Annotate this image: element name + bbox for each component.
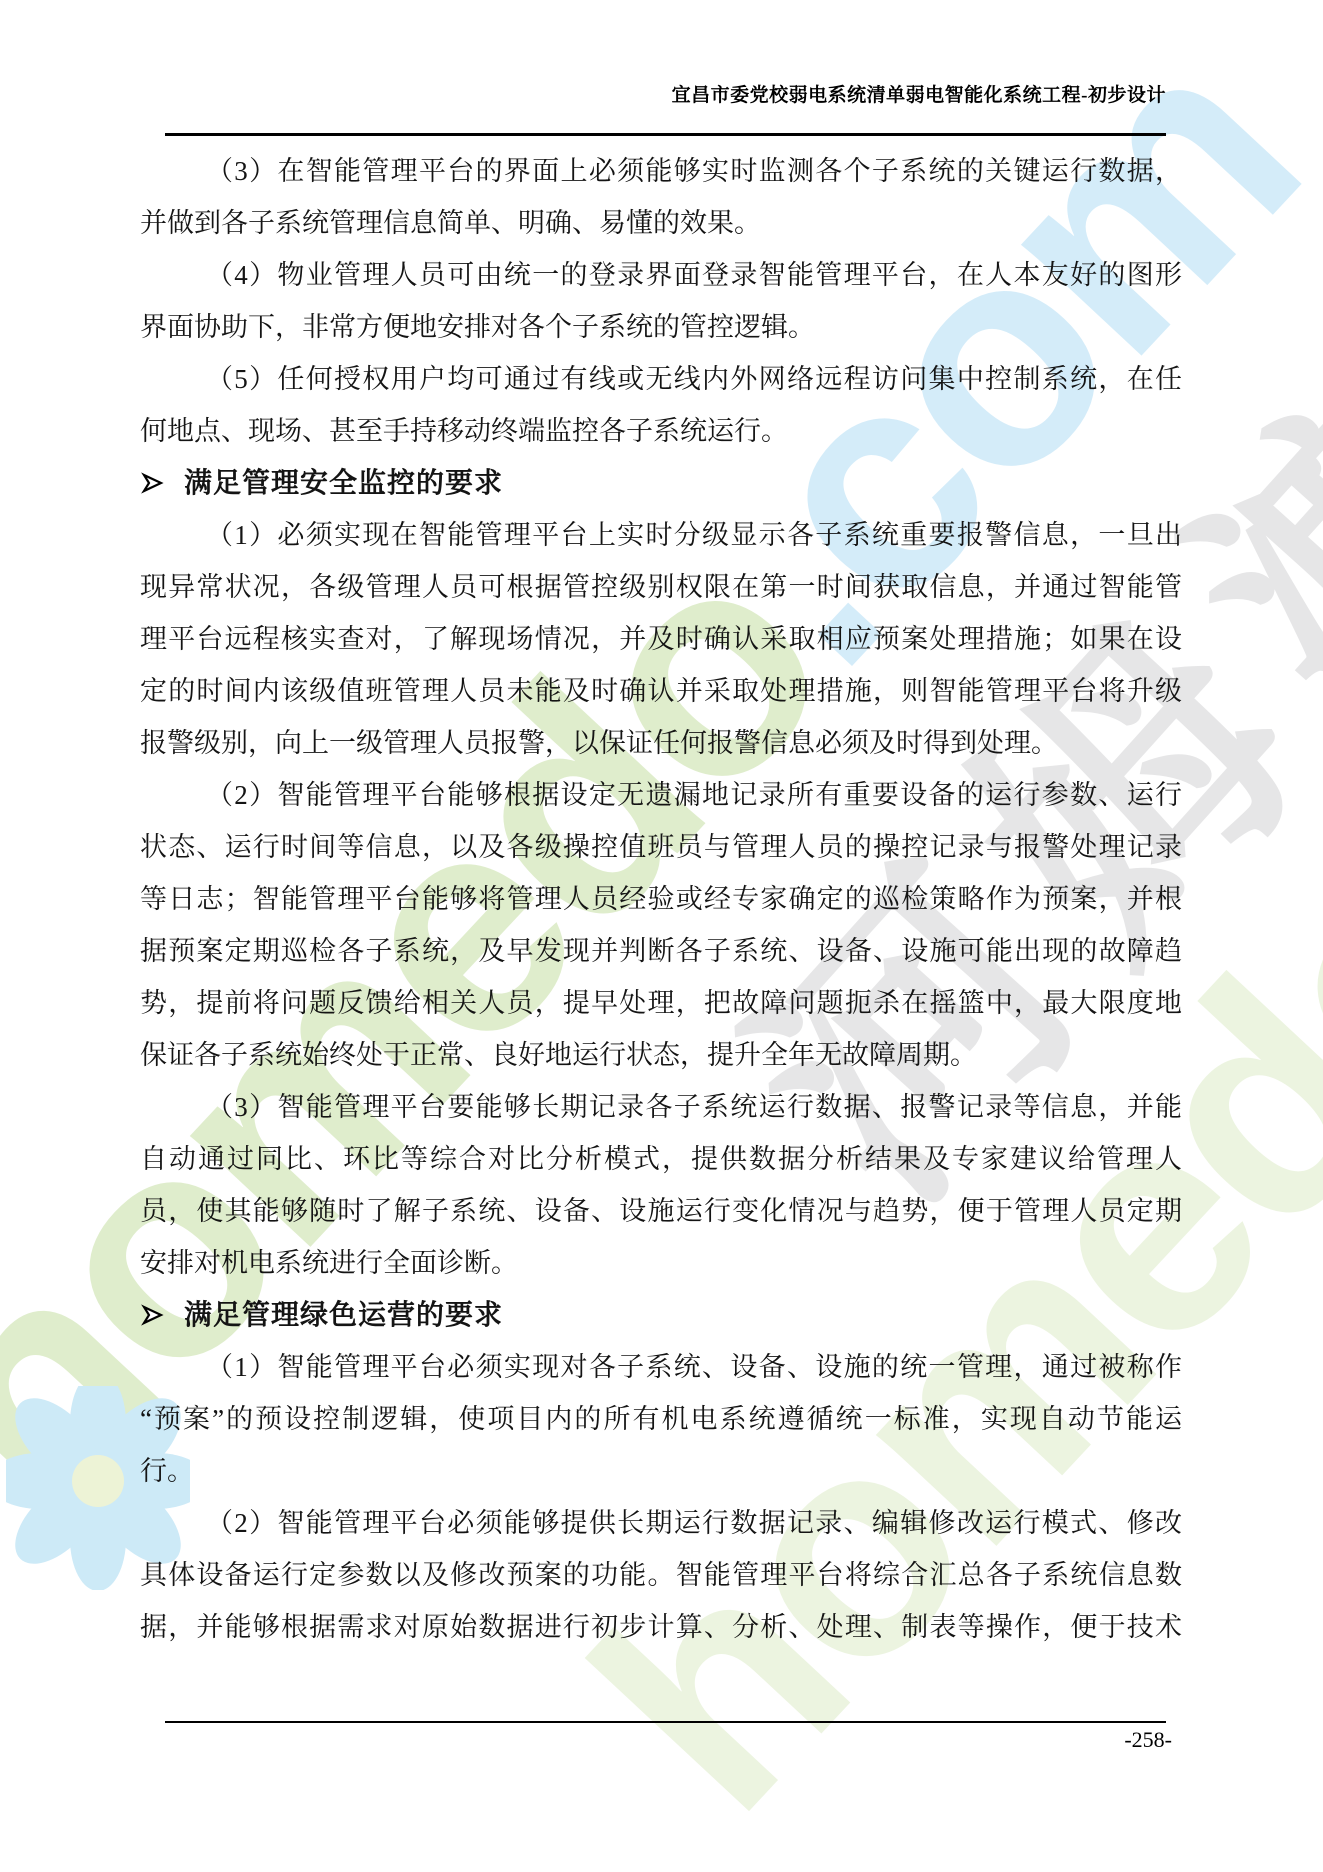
body-line: 安排对机电系统进行全面诊断。 — [140, 1237, 1182, 1289]
body-line: 何地点、现场、甚至手持移动终端监控各子系统运行。 — [140, 405, 1182, 457]
body-line: （3）智能管理平台要能够长期记录各子系统运行数据、报警记录等信息，并能 — [140, 1081, 1182, 1133]
body-line: 员，使其能够随时了解子系统、设备、设施运行变化情况与趋势，便于管理人员定期 — [140, 1185, 1182, 1237]
footer-rule — [165, 1721, 1166, 1723]
body-line: 现异常状况，各级管理人员可根据管控级别权限在第一时间获取信息，并通过智能管 — [140, 561, 1182, 613]
body-line: 自动通过同比、环比等综合对比分析模式，提供数据分析结果及专家建议给管理人 — [140, 1133, 1182, 1185]
arrow-bullet-icon — [140, 471, 184, 495]
body-line: 界面协助下，非常方便地安排对各个子系统的管控逻辑。 — [140, 301, 1182, 353]
header-rule — [165, 133, 1166, 136]
body-line: 理平台远程核实查对，了解现场情况，并及时确认采取相应预案处理措施；如果在设 — [140, 613, 1182, 665]
document-body: （3）在智能管理平台的界面上必须能够实时监测各个子系统的关键运行数据，并做到各子… — [140, 145, 1182, 1653]
body-line: 具体设备运行定参数以及修改预案的功能。智能管理平台将综合汇总各子系统信息数 — [140, 1549, 1182, 1601]
section-heading: 满足管理安全监控的要求 — [140, 457, 1182, 509]
body-line: （2）智能管理平台必须能够提供长期运行数据记录、编辑修改运行模式、修改 — [140, 1497, 1182, 1549]
body-line: （3）在智能管理平台的界面上必须能够实时监测各个子系统的关键运行数据， — [140, 145, 1182, 197]
body-line: 定的时间内该级值班管理人员未能及时确认并采取处理措施，则智能管理平台将升级 — [140, 665, 1182, 717]
body-line: 据预案定期巡检各子系统，及早发现并判断各子系统、设备、设施可能出现的故障趋 — [140, 925, 1182, 977]
body-line: 行。 — [140, 1445, 1182, 1497]
body-line: 状态、运行时间等信息，以及各级操控值班员与管理人员的操控记录与报警处理记录 — [140, 821, 1182, 873]
body-line: 等日志；智能管理平台能够将管理人员经验或经专家确定的巡检策略作为预案，并根 — [140, 873, 1182, 925]
body-line: （2）智能管理平台能够根据设定无遗漏地记录所有重要设备的运行参数、运行 — [140, 769, 1182, 821]
body-line: “预案”的预设控制逻辑，使项目内的所有机电系统遵循统一标准，实现自动节能运 — [140, 1393, 1182, 1445]
body-line: 并做到各子系统管理信息简单、明确、易懂的效果。 — [140, 197, 1182, 249]
body-line: （1）智能管理平台必须实现对各子系统、设备、设施的统一管理，通过被称作 — [140, 1341, 1182, 1393]
body-line: （1）必须实现在智能管理平台上实时分级显示各子系统重要报警信息，一旦出 — [140, 509, 1182, 561]
body-line: 报警级别，向上一级管理人员报警，以保证任何报警信息必须及时得到处理。 — [140, 717, 1182, 769]
body-line: 据，并能够根据需求对原始数据进行初步计算、分析、处理、制表等操作，便于技术 — [140, 1601, 1182, 1653]
arrow-bullet-icon — [140, 1303, 184, 1327]
page-number: -258- — [1124, 1727, 1172, 1753]
body-line: （4）物业管理人员可由统一的登录界面登录智能管理平台，在人本友好的图形 — [140, 249, 1182, 301]
section-heading: 满足管理绿色运营的要求 — [140, 1289, 1182, 1341]
body-line: 保证各子系统始终处于正常、良好地运行状态，提升全年无故障周期。 — [140, 1029, 1182, 1081]
page-header-title: 宜昌市委党校弱电系统清单弱电智能化系统工程-初步设计 — [672, 80, 1166, 107]
body-line: 势，提前将问题反馈给相关人员，提早处理，把故障问题扼杀在摇篮中，最大限度地 — [140, 977, 1182, 1029]
section-heading-text: 满足管理绿色运营的要求 — [184, 1289, 503, 1341]
document-page: { "header": { "title": "宜昌市委党校弱电系统清单弱电智能… — [0, 0, 1323, 1872]
body-line: （5）任何授权用户均可通过有线或无线内外网络远程访问集中控制系统，在任 — [140, 353, 1182, 405]
section-heading-text: 满足管理安全监控的要求 — [184, 457, 503, 509]
